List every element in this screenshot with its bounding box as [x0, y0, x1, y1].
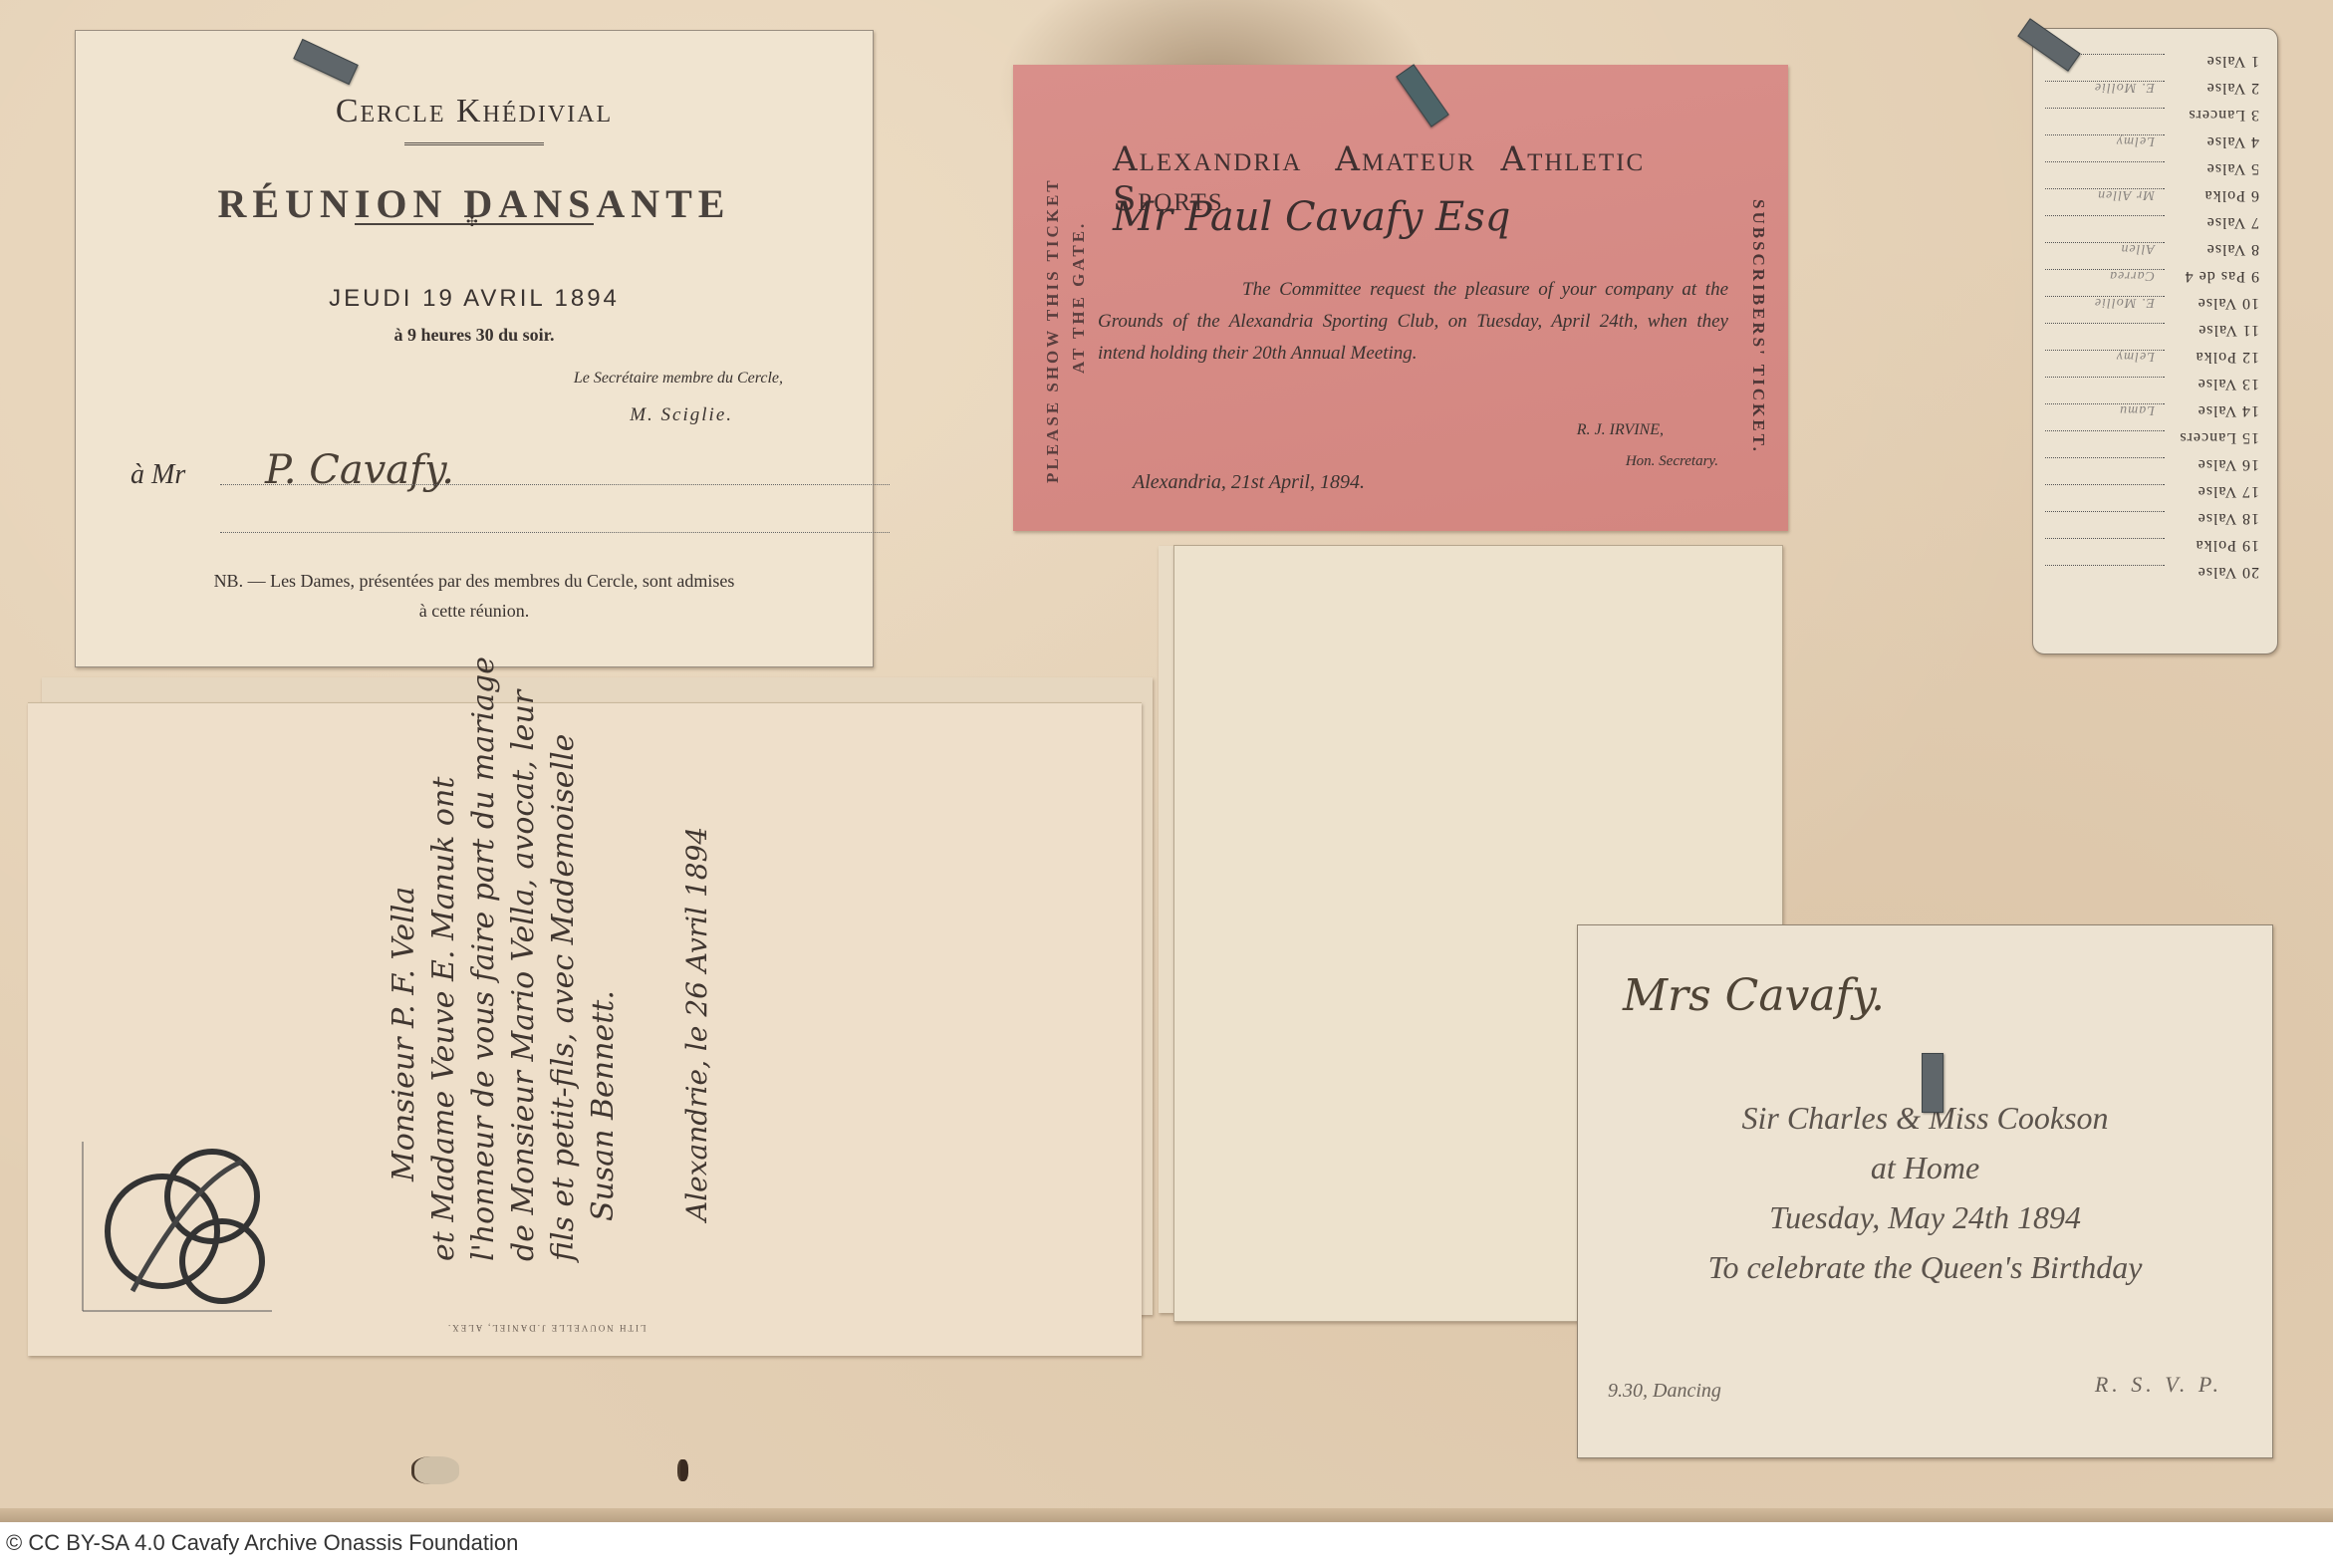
place-date: Alexandria, 21st April, 1894.	[1133, 471, 1365, 494]
addressee-handwritten: P. Cavafy.	[265, 447, 454, 493]
dotted-line	[220, 532, 890, 533]
monogram-icon	[73, 1122, 312, 1321]
dance-row: 17 Valse	[2045, 480, 2259, 506]
name-handwritten: Mr Paul Cavafy Esq	[1113, 194, 1510, 240]
cercle-khedivial-card: Cercle Khédivial RÉUNION DANSANTE ✣ JEUD…	[75, 30, 874, 667]
event-time: à 9 heures 30 du soir.	[76, 325, 873, 346]
copyright-caption: © CC BY-SA 4.0 Cavafy Archive Onassis Fo…	[6, 1530, 518, 1556]
dance-row: 15 Lancers	[2045, 426, 2259, 452]
dance-row: 8 ValseAllen	[2045, 238, 2259, 264]
addressee-handwritten: Mrs Cavafy.	[1623, 970, 1885, 1021]
ornament-divider: ✣	[355, 223, 594, 225]
date-line: Tuesday, May 24th 1894	[1578, 1199, 2272, 1236]
dance-row: 10 ValseE. Mollie	[2045, 292, 2259, 318]
dance-row: 7 Valse	[2045, 211, 2259, 237]
note-line: à cette réunion.	[145, 596, 803, 626]
dance-row: 20 Valse	[2045, 561, 2259, 587]
invitation-line: de Monsieur Mario Vella, avocat, leur	[506, 690, 541, 1261]
rsvp: R. S. V. P.	[2095, 1372, 2222, 1398]
metal-clip-icon	[1922, 1053, 1944, 1113]
flower-icon: ✣	[466, 214, 478, 231]
side-text-left: PLEASE SHOW THIS TICKET AT THE GATE.	[1043, 125, 1103, 483]
wedding-invitation: Monsieur P. F. Vella et Madame Veuve E. …	[28, 702, 1142, 1356]
note: NB. — Les Dames, présentées par des memb…	[145, 566, 803, 626]
dotted-line	[220, 484, 890, 485]
tear-hole	[677, 1459, 688, 1481]
dance-row: 11 Valse	[2045, 319, 2259, 345]
invitation-line: Monsieur P. F. Vella	[387, 887, 421, 1181]
invitation-line: l'honneur de vous faire part du mariage	[466, 656, 501, 1261]
signature-title: Hon. Secretary.	[1626, 453, 1718, 470]
event-date: JEUDI 19 AVRIL 1894	[76, 285, 873, 313]
cookson-invitation: Mrs Cavafy. Sir Charles & Miss Cookson a…	[1577, 924, 2273, 1458]
occasion-line: To celebrate the Queen's Birthday	[1578, 1249, 2272, 1286]
dance-row: 6 PolkaMr Allen	[2045, 184, 2259, 210]
card-title: Cercle Khédivial	[76, 93, 873, 131]
dance-row: 9 Pas de 4Carrea	[2045, 265, 2259, 291]
heading-word: ALEXANDRIA	[1113, 149, 1302, 176]
dance-row: 18 Valse	[2045, 507, 2259, 533]
invitation-line: Susan Bennett.	[586, 990, 621, 1221]
side-line: PLEASE SHOW THIS TICKET	[1043, 177, 1063, 483]
addressee-prefix: à Mr	[130, 459, 185, 491]
dance-row: 13 Valse	[2045, 373, 2259, 398]
metal-clip-icon	[1396, 64, 1449, 127]
secretary-label: Le Secrétaire membre du Cercle,	[574, 370, 783, 388]
dance-row: 4 ValseLelmy	[2045, 131, 2259, 156]
dance-row: 19 Polka	[2045, 534, 2259, 560]
heading-word: AMATEUR	[1335, 149, 1475, 176]
heading-word: ATHLETIC	[1501, 149, 1646, 176]
athletic-sports-ticket: PLEASE SHOW THIS TICKET AT THE GATE. SUB…	[1013, 65, 1788, 531]
at-home-line: at Home	[1578, 1150, 2272, 1186]
tear-hole	[411, 1456, 459, 1484]
invitation-line: et Madame Veuve E. Manuk ont	[426, 777, 461, 1261]
dance-row: 2 ValseE. Mollie	[2045, 77, 2259, 103]
side-line: AT THE GATE.	[1069, 221, 1089, 374]
album-page: Cercle Khédivial RÉUNION DANSANTE ✣ JEUD…	[0, 0, 2333, 1522]
dance-row: 16 Valse	[2045, 453, 2259, 479]
note-line: NB. — Les Dames, présentées par des memb…	[145, 566, 803, 596]
metal-clip-icon	[293, 39, 358, 85]
signature-name: R. J. IRVINE,	[1577, 421, 1664, 439]
ticket-body: The Committee request the pleasure of yo…	[1098, 274, 1728, 370]
invitation-line: fils et petit-fils, avec Mademoiselle	[546, 734, 581, 1261]
secretary-name: M. Sciglie.	[630, 404, 733, 426]
dance-row: 5 Valse	[2045, 157, 2259, 183]
place-date: Alexandrie, le 26 Avril 1894	[680, 827, 713, 1221]
dance-row: 14 ValseLamu	[2045, 399, 2259, 425]
divider	[404, 142, 544, 145]
dance-row: 3 Lancers	[2045, 104, 2259, 130]
dance-card: 1 Valse 2 ValseE. Mollie 3 Lancers 4 Val…	[2032, 28, 2278, 654]
printer-mark: LITH NOUVELLE J.DANIEL, ALEX.	[446, 1323, 646, 1333]
dancing-time: 9.30, Dancing	[1608, 1380, 1721, 1403]
dance-rows: 1 Valse 2 ValseE. Mollie 3 Lancers 4 Val…	[2033, 29, 2277, 653]
dance-row: 12 PolkaLelmy	[2045, 346, 2259, 372]
